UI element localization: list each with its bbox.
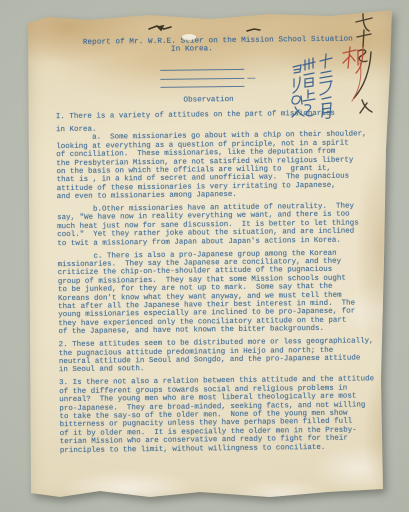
rule-line <box>160 77 244 79</box>
paragraph-3: 3. Is there not also a relation between … <box>59 375 396 455</box>
paragraph-1a: in Korea. a. Some missionaries go about … <box>56 122 393 202</box>
separator-rules <box>160 69 244 96</box>
document-body: I. There is a variety of attitudes on th… <box>56 109 396 455</box>
paper-sheet: Report of Mr. W.R.E. Stier on the Missio… <box>28 10 392 502</box>
section-heading: Observation <box>44 94 374 106</box>
paragraph-1-intro: I. There is a variety of attitudes on th… <box>56 109 392 122</box>
paragraph-1c: c. There is also a pro-Japanese group am… <box>57 249 394 337</box>
rule-line <box>160 86 244 88</box>
document-title: Report of Mr. W.R.E. Stier on the Missio… <box>53 35 383 55</box>
typed-content: Report of Mr. W.R.E. Stier on the Missio… <box>28 6 398 502</box>
paragraph-2: 2. These attitudes seem to be distribute… <box>59 337 395 375</box>
rule-dash <box>247 78 255 79</box>
paper-surface: Report of Mr. W.R.E. Stier on the Missio… <box>28 10 392 502</box>
text-line: I. There is a variety of attitudes on th… <box>56 109 392 122</box>
paragraph-1b: b.Other missionaries have an attitude of… <box>57 202 393 248</box>
rule-line <box>160 69 244 71</box>
scanned-document-page: Report of Mr. W.R.E. Stier on the Missio… <box>0 0 409 512</box>
